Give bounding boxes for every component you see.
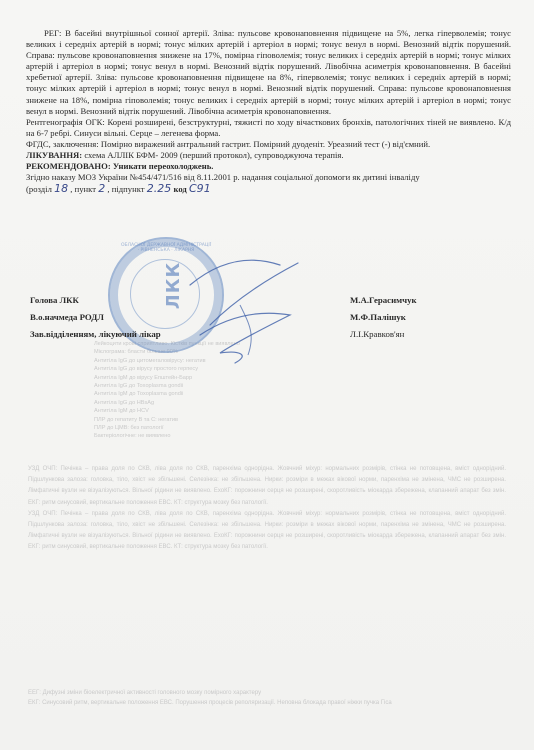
- bleed-paragraph: УЗД ОЧП: Печінка – права доля по СКВ, лі…: [28, 509, 506, 554]
- treatment-text: схема АЛЛІК БФМ- 2009 (перший протокол),…: [82, 150, 343, 160]
- signature-row: Голова ЛКК М.А.Герасимчук: [30, 292, 500, 309]
- subitem-handwritten: 2.25: [147, 182, 172, 195]
- signer-name: М.А.Герасимчук: [350, 292, 500, 309]
- code-label: код: [174, 184, 187, 194]
- recommended-label: РЕКОМЕНДОВАНО:: [26, 161, 111, 171]
- signer-role: Зав.відділенням, лікуючий лікар: [30, 326, 161, 343]
- recommended-text: Уникати переохолоджень.: [111, 161, 214, 171]
- treatment-label: ЛІКУВАННЯ:: [26, 150, 82, 160]
- reg-paragraph: РЕГ: В басейні внутрішньої сонної артері…: [26, 28, 511, 117]
- bleed-line: Антитіла IgM до Toxoplasma gondii: [94, 390, 494, 398]
- item-label: , пункт: [70, 184, 96, 194]
- bleed-line: Бактеріологічне: не виявлено: [94, 432, 494, 440]
- section-label: (розділ: [26, 184, 52, 194]
- item-handwritten: 2: [98, 182, 105, 195]
- order-details: (розділ 18 , пункт 2 , підпункт 2.25 код…: [26, 183, 511, 195]
- signer-role: Голова ЛКК: [30, 292, 79, 309]
- treatment-paragraph: ЛІКУВАННЯ: схема АЛЛІК БФМ- 2009 (перший…: [26, 150, 511, 161]
- stamp-ring-text: ОБЛАСНОЇ ДЕРЖАВНОЇ АДМІНІСТРАЦІЇ · РІВНЕ…: [120, 243, 212, 253]
- reverse-bleed-footer: ЕЕГ: Дифузні зміни біоелектричної активн…: [28, 688, 506, 708]
- reverse-bleed-paragraph: УЗД ОЧП: Печінка – права доля по СКВ, лі…: [28, 464, 506, 554]
- bleed-line: Антитіла IgG до HBsAg: [94, 399, 494, 407]
- signature-row: Зав.відділенням, лікуючий лікар Л.І.Крав…: [30, 326, 500, 343]
- bleed-line: Антитіла IgG до Toxoplasma gondii: [94, 382, 494, 390]
- bleed-line: ЕЕГ: Дифузні зміни біоелектричної активн…: [28, 688, 506, 698]
- bleed-line: ПЛР до гепатиту В та С: негатив: [94, 416, 494, 424]
- signature-row: В.о.начмеда РОДЛ М.Ф.Палішук: [30, 309, 500, 326]
- fgds-paragraph: ФГДС, заключення: Помірно виражений антр…: [26, 139, 511, 150]
- bleed-line: Антитіла IgG до вірусу простого герпесу: [94, 365, 494, 373]
- xray-paragraph: Рентгенографія ОГК: Корені розширені, бе…: [26, 117, 511, 139]
- section-handwritten: 18: [54, 182, 68, 195]
- code-handwritten: С91: [189, 182, 211, 195]
- scanned-page: Лейкоцити крові сприятливо. Кістків пунк…: [0, 0, 534, 750]
- signer-role: В.о.начмеда РОДЛ: [30, 309, 104, 326]
- signer-name: М.Ф.Палішук: [350, 309, 500, 326]
- bleed-line: ПЛР до ЦМВ: без патології: [94, 424, 494, 432]
- bleed-line: ЕКГ: Синусовий ритм, вертикальне положен…: [28, 698, 506, 708]
- subitem-label: , підпункт: [107, 184, 144, 194]
- signature-block: Голова ЛКК М.А.Герасимчук В.о.начмеда РО…: [30, 292, 500, 343]
- bleed-line: Антитіла IgM до HCV: [94, 407, 494, 415]
- document-body: РЕГ: В басейні внутрішньої сонної артері…: [26, 28, 511, 195]
- bleed-paragraph: УЗД ОЧП: Печінка – права доля по СКВ, лі…: [28, 464, 506, 509]
- bleed-line: Антитіла IgM до вірусу Епштейн-Барр: [94, 374, 494, 382]
- recommended-paragraph: РЕКОМЕНДОВАНО: Уникати переохолоджень.: [26, 161, 511, 172]
- signer-name: Л.І.Кравков'ян: [350, 326, 500, 343]
